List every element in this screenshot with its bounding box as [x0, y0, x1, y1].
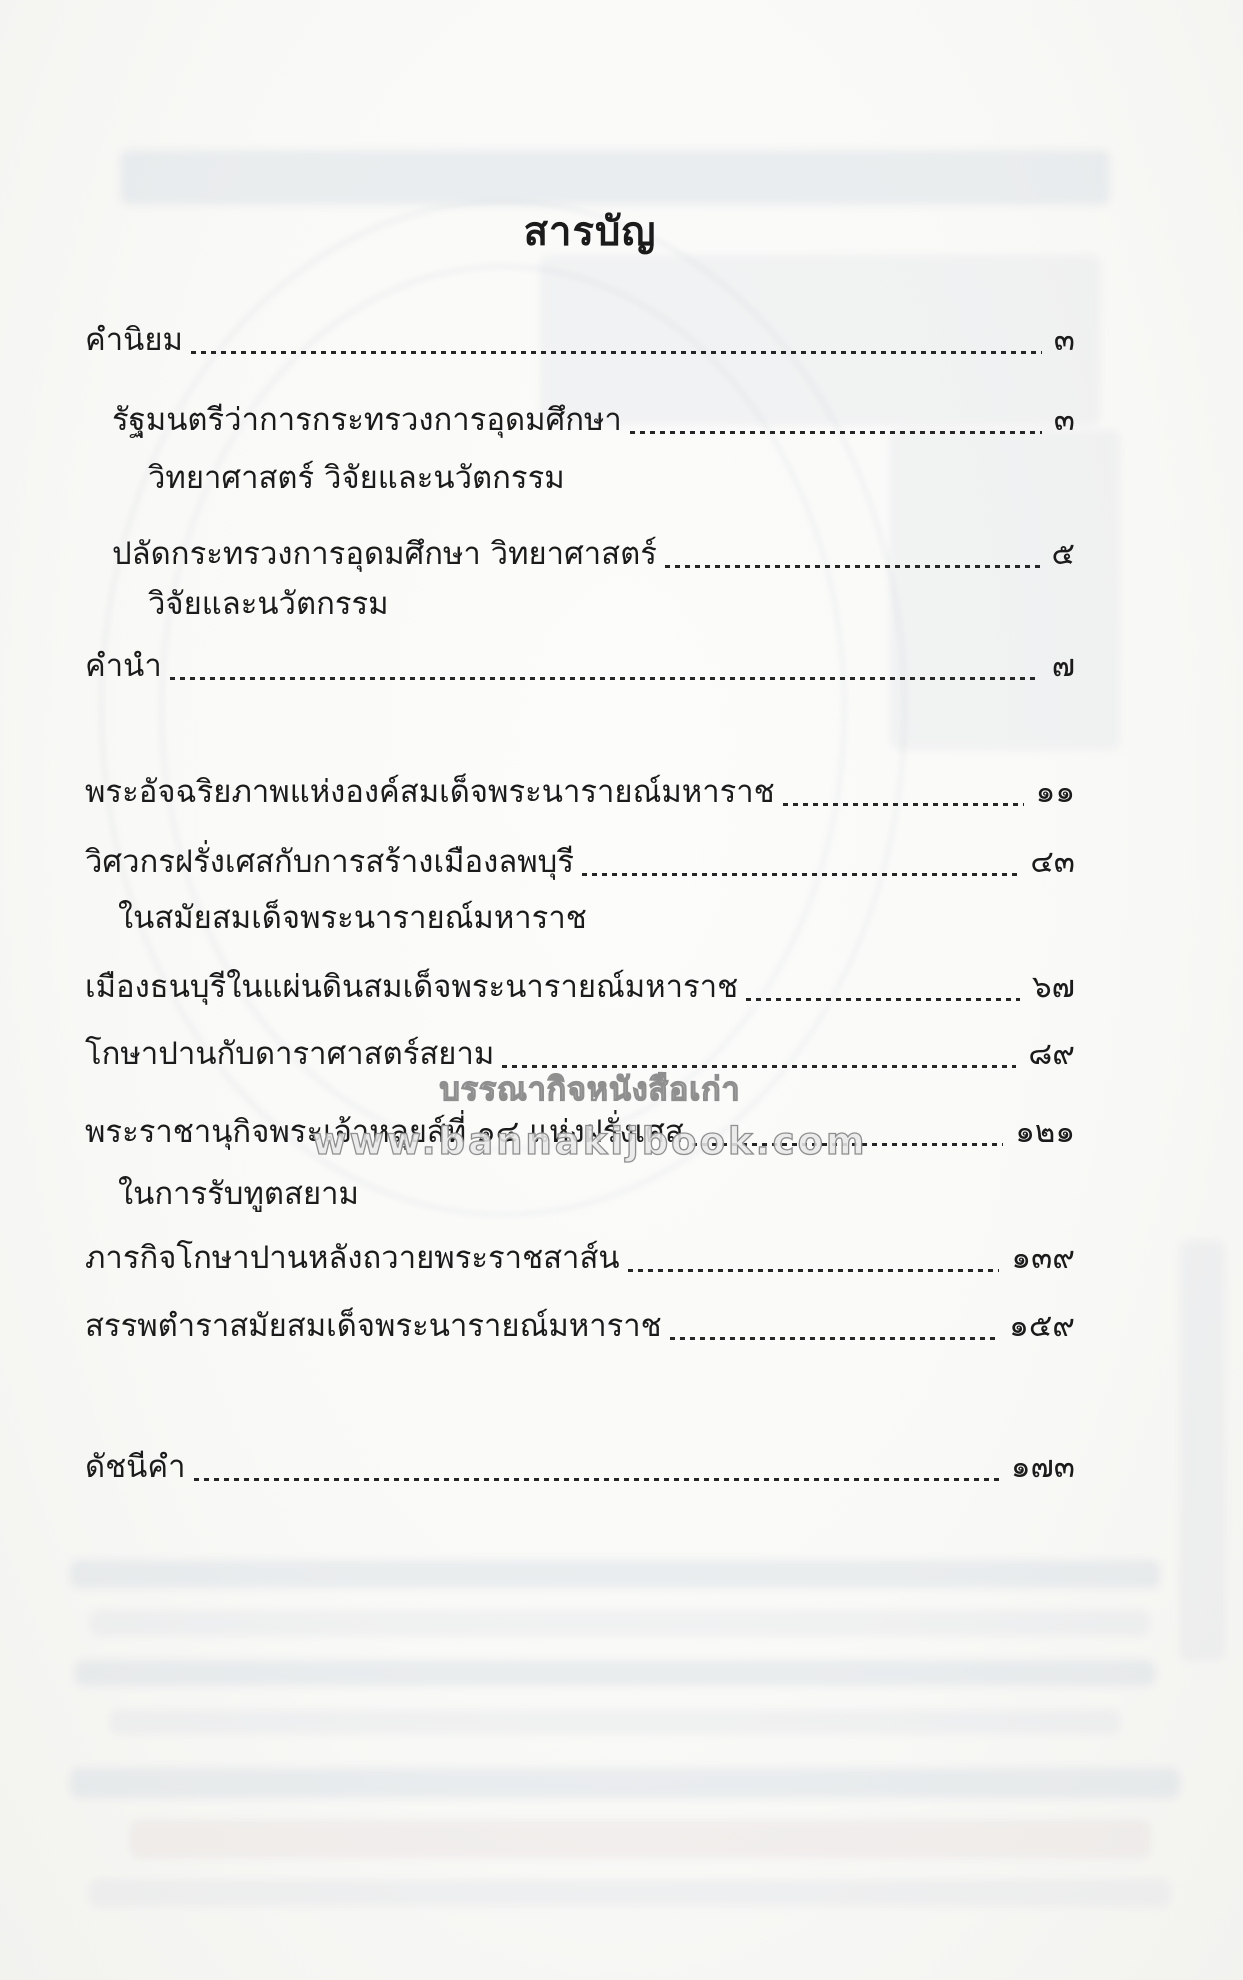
- toc-entry: ภารกิจโกษาปานหลังถวายพระราชสาส์น ๑๓๙: [85, 1236, 1075, 1281]
- dotted-leader: [665, 565, 1040, 568]
- toc-entry-label: วิทยาศาสตร์ วิจัยและนวัตกรรม: [148, 456, 565, 501]
- toc-entry-label: เมืองธนบุรีในแผ่นดินสมเด็จพระนารายณ์มหาร…: [85, 965, 738, 1010]
- toc-page-number: ๑๑: [1036, 770, 1075, 815]
- showthrough-band: [110, 1710, 1120, 1734]
- toc-page-number: ๓: [1054, 318, 1075, 363]
- toc-page-number: ๑๗๓: [1011, 1445, 1075, 1490]
- dotted-leader: [170, 677, 1040, 680]
- page-title: สารบัญ: [85, 206, 1095, 258]
- dotted-leader: [191, 351, 1042, 354]
- toc-entry: รัฐมนตรีว่าการกระทรวงการอุดมศึกษา ๓: [112, 398, 1075, 443]
- showthrough-band: [1180, 1240, 1225, 1660]
- dotted-leader: [783, 803, 1024, 806]
- toc-entry-label: พระอัจฉริยภาพแห่งองค์สมเด็จพระนารายณ์มหา…: [85, 770, 775, 815]
- toc-entry-label: วิจัยและนวัตกรรม: [148, 582, 389, 627]
- toc-entry-label: คำนำ: [85, 644, 162, 689]
- toc-entry-label: ปลัดกระทรวงการอุดมศึกษา วิทยาศาสตร์: [112, 532, 657, 577]
- showthrough-band: [75, 1660, 1155, 1686]
- showthrough-band: [90, 1880, 1170, 1906]
- dotted-leader: [746, 998, 1020, 1001]
- watermark-text-line2: www.bannakijbook.com: [85, 1120, 1095, 1163]
- watermark-text-line1: บรรณากิจหนังสือเก่า: [85, 1064, 1095, 1115]
- toc-entry-label: ดัชนีคำ: [85, 1445, 186, 1490]
- toc-entry: คำนิยม ๓: [85, 318, 1075, 363]
- toc-entry-label: ภารกิจโกษาปานหลังถวายพระราชสาส์น: [85, 1236, 620, 1281]
- scanned-page: สารบัญ คำนิยม ๓ รัฐมนตรีว่าการกระทรวงการ…: [0, 0, 1243, 1980]
- toc-page-number: ๓: [1054, 398, 1075, 443]
- showthrough-band: [90, 1610, 1150, 1636]
- toc-page-number: ๗: [1052, 644, 1075, 689]
- showthrough-band: [120, 150, 1110, 205]
- toc-page-number: ๖๗: [1032, 965, 1075, 1010]
- toc-entry: สรรพตำราสมัยสมเด็จพระนารายณ์มหาราช ๑๕๙: [85, 1304, 1075, 1349]
- showthrough-band: [130, 1820, 1150, 1858]
- toc-entry-label: รัฐมนตรีว่าการกระทรวงการอุดมศึกษา: [112, 398, 622, 443]
- dotted-leader: [670, 1337, 997, 1340]
- toc-entry-continuation: ในสมัยสมเด็จพระนารายณ์มหาราช: [118, 896, 1075, 941]
- toc-entry: คำนำ ๗: [85, 644, 1075, 689]
- toc-page-number: ๑๓๙: [1011, 1236, 1075, 1281]
- toc-entry-continuation: วิจัยและนวัตกรรม: [148, 582, 1075, 627]
- toc-entry-label: วิศวกรฝรั่งเศสกับการสร้างเมืองลพบุรี: [85, 840, 574, 885]
- dotted-leader: [628, 1269, 1000, 1272]
- toc-entry-continuation: วิทยาศาสตร์ วิจัยและนวัตกรรม: [148, 456, 1075, 501]
- toc-entry: ดัชนีคำ ๑๗๓: [85, 1445, 1075, 1490]
- toc-page-number: ๕: [1052, 532, 1075, 577]
- dotted-leader: [630, 431, 1042, 434]
- dotted-leader: [194, 1478, 999, 1481]
- toc-page-number: ๔๓: [1030, 840, 1075, 885]
- toc-entry-label: สรรพตำราสมัยสมเด็จพระนารายณ์มหาราช: [85, 1304, 662, 1349]
- toc-entry-label: คำนิยม: [85, 318, 183, 363]
- toc-entry-continuation: ในการรับทูตสยาม: [118, 1172, 1075, 1217]
- showthrough-band: [70, 1768, 1180, 1798]
- dotted-leader: [582, 873, 1018, 876]
- showthrough-band: [70, 1560, 1160, 1588]
- toc-entry-label: ในสมัยสมเด็จพระนารายณ์มหาราช: [118, 896, 587, 941]
- toc-entry-label: ในการรับทูตสยาม: [118, 1172, 359, 1217]
- toc-entry: ปลัดกระทรวงการอุดมศึกษา วิทยาศาสตร์ ๕: [112, 532, 1075, 577]
- toc-page-number: ๑๕๙: [1009, 1304, 1075, 1349]
- toc-entry: เมืองธนบุรีในแผ่นดินสมเด็จพระนารายณ์มหาร…: [85, 965, 1075, 1010]
- toc-entry: พระอัจฉริยภาพแห่งองค์สมเด็จพระนารายณ์มหา…: [85, 770, 1075, 815]
- toc-entry: วิศวกรฝรั่งเศสกับการสร้างเมืองลพบุรี ๔๓: [85, 840, 1075, 885]
